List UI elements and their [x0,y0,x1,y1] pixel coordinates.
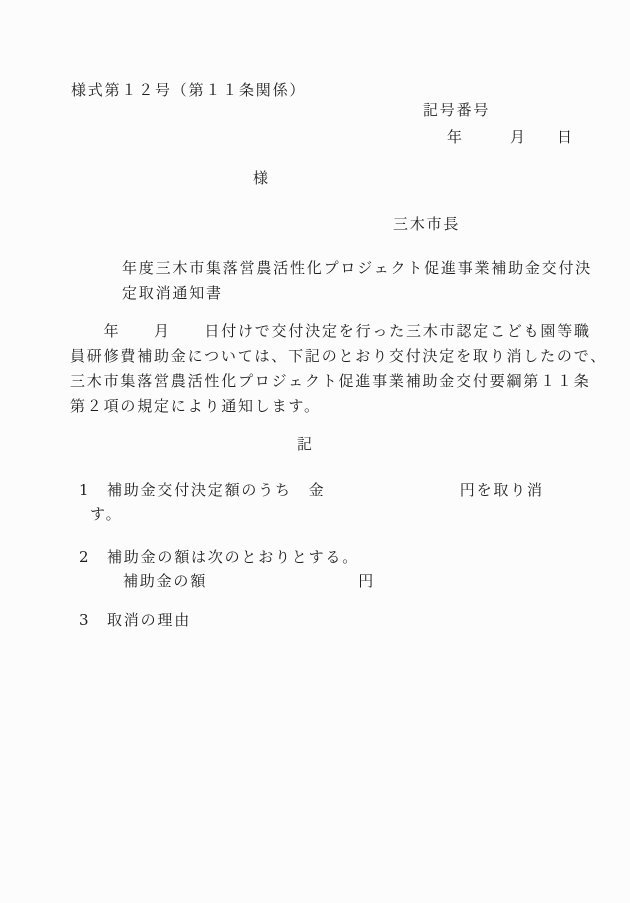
body-line-4: 第２項の規定により通知します。 [70,396,321,417]
body-line-1: 年 月 日付けで交付決定を行った三木市認定こども園等職 [70,321,591,342]
document-title-line-2: 定取消通知書 [122,283,223,304]
item-3-line-1: 取消の理由 [107,610,191,631]
item-2-number: 2 [79,547,89,568]
item-2-line-2: 補助金の額 円 [123,571,375,592]
document-page: 様式第１２号（第１１条関係） 記号番号 年 月 日 様 三木市長 年度三木市集落… [0,0,630,903]
date-month-label: 月 [510,127,527,148]
addressee-honorific: 様 [253,168,270,189]
reference-number-label: 記号番号 [423,100,490,121]
date-day-label: 日 [557,127,574,148]
list-heading: 記 [297,434,314,455]
sender-name: 三木市長 [393,214,460,235]
item-3-number: 3 [79,610,89,631]
item-1-line-2: す。 [90,504,122,525]
item-2-line-1: 補助金の額は次のとおりとする。 [107,547,359,568]
item-1-line-1: 補助金交付決定額のうち 金 円を取り消 [107,480,544,501]
form-number: 様式第１２号（第１１条関係） [71,80,306,101]
body-line-3: 三木市集落営農活性化プロジェクト促進事業補助金交付要綱第１１条 [70,371,591,392]
item-1-number: 1 [79,480,89,501]
body-line-2: 員研修費補助金については、下記のとおり交付決定を取り消したので、 [70,346,607,367]
date-year-label: 年 [447,127,464,148]
document-title-line-1: 年度三木市集落営農活性化プロジェクト促進事業補助金交付決 [122,258,592,279]
